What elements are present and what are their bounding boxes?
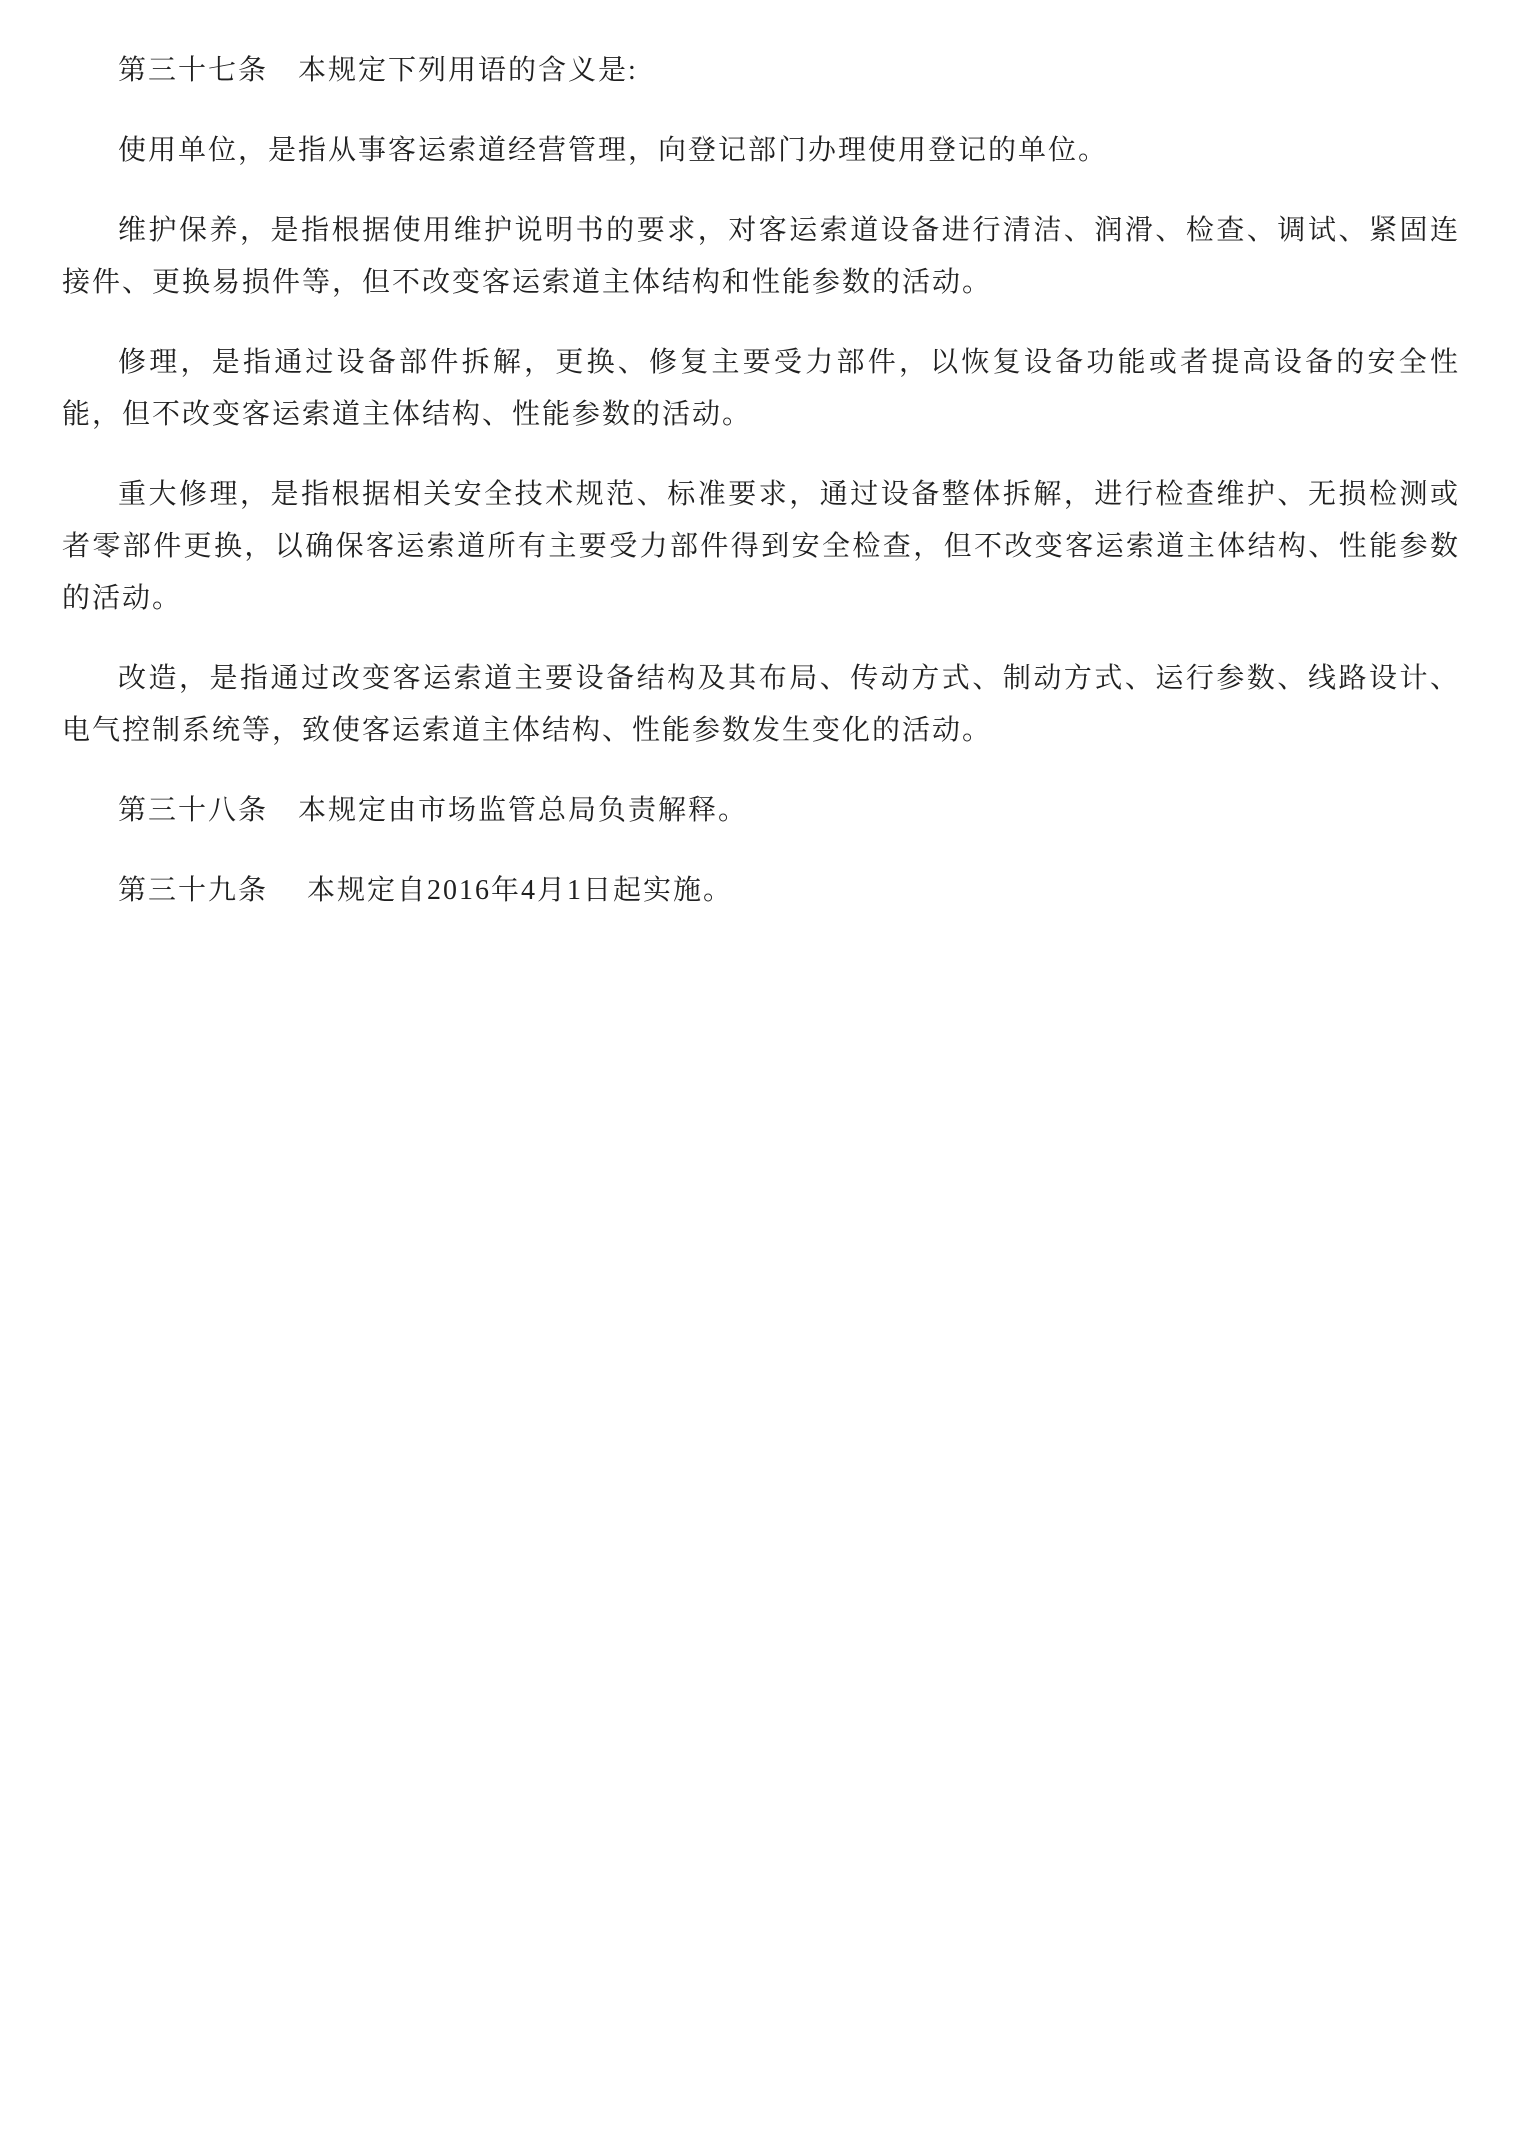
definition-repair: 修理，是指通过设备部件拆解，更换、修复主要受力部件，以恢复设备功能或者提高设备的… <box>62 337 1460 441</box>
document-page: 第三十七条 本规定下列用语的含义是:使用单位，是指从事客运索道经营管理，向登记部… <box>0 0 1520 917</box>
article-37-heading: 第三十七条 本规定下列用语的含义是: <box>62 45 1460 97</box>
article-39: 第三十九条 本规定自2016年4月1日起实施。 <box>62 865 1460 917</box>
article-38: 第三十八条 本规定由市场监管总局负责解释。 <box>62 785 1460 837</box>
definition-modification: 改造，是指通过改变客运索道主要设备结构及其布局、传动方式、制动方式、运行参数、线… <box>62 653 1460 757</box>
definition-maintenance: 维护保养，是指根据使用维护说明书的要求，对客运索道设备进行清洁、润滑、检查、调试… <box>62 205 1460 309</box>
definition-major-repair: 重大修理，是指根据相关安全技术规范、标准要求，通过设备整体拆解，进行检查维护、无… <box>62 469 1460 625</box>
definition-use-unit: 使用单位，是指从事客运索道经营管理，向登记部门办理使用登记的单位。 <box>62 125 1460 177</box>
